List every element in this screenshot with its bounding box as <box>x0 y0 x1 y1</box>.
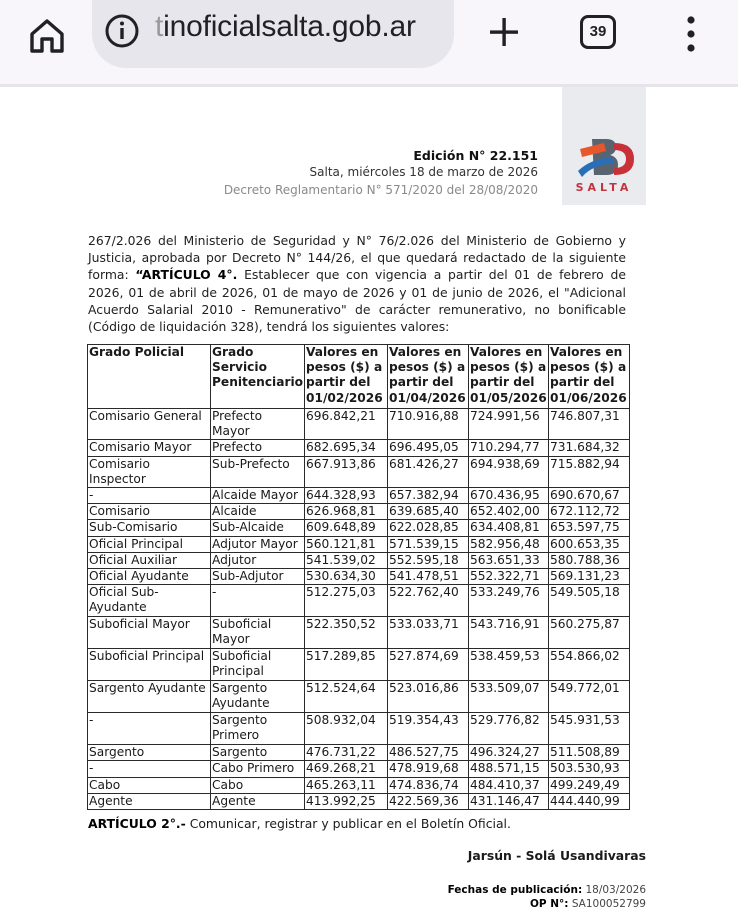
pub-value: 18/03/2026 <box>582 884 646 896</box>
table-row: Oficial PrincipalAdjutor Mayor560.121,81… <box>88 536 630 552</box>
cell-valor-may: 710.294,77 <box>469 440 549 456</box>
tab-count: 39 <box>590 23 607 40</box>
table-row: -Cabo Primero469.268,21478.919,68488.571… <box>88 761 630 777</box>
pub-label: Fechas de publicación: <box>448 884 583 896</box>
article-2-label: ARTÍCULO 2°.- <box>88 816 186 831</box>
cell-grado-penitenciario: Sargento <box>211 745 305 761</box>
cell-valor-jun: 511.508,89 <box>549 745 630 761</box>
cell-valor-abr: 657.382,94 <box>388 488 469 504</box>
table-row: AgenteAgente413.992,25422.569,36431.146,… <box>88 793 630 809</box>
cell-valor-may: 652.402,00 <box>469 504 549 520</box>
url-text[interactable]: tinoficialsalta.gob.ar <box>155 10 416 44</box>
cell-grado-penitenciario: Agente <box>211 793 305 809</box>
cell-valor-may: 582.956,48 <box>469 536 549 552</box>
cell-grado-penitenciario: Sub-Prefecto <box>211 456 305 487</box>
cell-grado-penitenciario: Cabo Primero <box>211 761 305 777</box>
cell-grado-policial: Oficial Principal <box>88 536 211 552</box>
cell-grado-policial: Oficial Auxiliar <box>88 552 211 568</box>
cell-grado-policial: Sub-Comisario <box>88 520 211 536</box>
cell-valor-jun: 690.670,67 <box>549 488 630 504</box>
cell-valor-feb: 476.731,22 <box>305 745 388 761</box>
cell-valor-abr: 622.028,85 <box>388 520 469 536</box>
cell-valor-jun: 545.931,53 <box>549 713 630 745</box>
cell-valor-jun: 580.788,36 <box>549 552 630 568</box>
cell-valor-jun: 549.772,01 <box>549 681 630 713</box>
cell-grado-policial: Sargento Ayudante <box>88 681 211 713</box>
article-2-text: Comunicar, registrar y publicar en el Bo… <box>186 816 511 831</box>
cell-valor-abr: 552.595,18 <box>388 552 469 568</box>
boletin-logo: SALTA <box>562 87 646 205</box>
cell-valor-feb: 413.992,25 <box>305 793 388 809</box>
cell-valor-jun: 715.882,94 <box>549 456 630 487</box>
salary-table: Grado Policial Grado Servicio Penitencia… <box>87 344 630 810</box>
cell-grado-policial: - <box>88 713 211 745</box>
cell-grado-policial: Suboficial Mayor <box>88 617 211 649</box>
cell-grado-policial: Comisario Inspector <box>88 456 211 487</box>
decree-reference: Decreto Reglamentario N° 571/2020 del 28… <box>224 183 538 197</box>
url-prefix: t <box>155 10 163 43</box>
cell-valor-feb: 682.695,34 <box>305 440 388 456</box>
browser-toolbar: tinoficialsalta.gob.ar 39 <box>0 0 738 86</box>
cell-grado-penitenciario: Suboficial Principal <box>211 649 305 681</box>
cell-grado-policial: Agente <box>88 793 211 809</box>
cell-valor-may: 529.776,82 <box>469 713 549 745</box>
home-button[interactable] <box>22 14 72 54</box>
cell-valor-feb: 530.634,30 <box>305 569 388 585</box>
cell-valor-jun: 746.807,31 <box>549 409 630 440</box>
cell-valor-jun: 731.684,32 <box>549 440 630 456</box>
cell-grado-penitenciario: - <box>211 585 305 617</box>
cell-valor-abr: 519.354,43 <box>388 713 469 745</box>
table-row: SargentoSargento476.731,22486.527,75496.… <box>88 745 630 761</box>
cell-valor-feb: 517.289,85 <box>305 649 388 681</box>
cell-valor-may: 670.436,95 <box>469 488 549 504</box>
cell-valor-jun: 600.653,35 <box>549 536 630 552</box>
cell-valor-jun: 672.112,72 <box>549 504 630 520</box>
cell-valor-jun: 560.275,87 <box>549 617 630 649</box>
op-number: OP N°: SA100052799 <box>530 898 646 910</box>
cell-valor-jun: 554.866,02 <box>549 649 630 681</box>
cell-valor-feb: 560.121,81 <box>305 536 388 552</box>
cell-valor-abr: 527.874,69 <box>388 649 469 681</box>
cell-valor-abr: 639.685,40 <box>388 504 469 520</box>
cell-valor-abr: 541.478,51 <box>388 569 469 585</box>
cell-valor-feb: 469.268,21 <box>305 761 388 777</box>
cell-grado-penitenciario: Sargento Primero <box>211 713 305 745</box>
cell-valor-may: 694.938,69 <box>469 456 549 487</box>
plus-icon <box>484 12 524 52</box>
cell-valor-abr: 478.919,68 <box>388 761 469 777</box>
header-valor-feb: Valores en pesos ($) a partir del 01/02/… <box>305 345 388 409</box>
cell-valor-jun: 569.131,23 <box>549 569 630 585</box>
cell-grado-policial: Comisario General <box>88 409 211 440</box>
cell-valor-may: 538.459,53 <box>469 649 549 681</box>
cell-valor-may: 634.408,81 <box>469 520 549 536</box>
bo-logo-icon <box>570 135 638 177</box>
cell-valor-may: 543.716,91 <box>469 617 549 649</box>
cell-valor-feb: 512.524,64 <box>305 681 388 713</box>
table-row: -Alcaide Mayor644.328,93657.382,94670.43… <box>88 488 630 504</box>
cell-valor-feb: 667.913,86 <box>305 456 388 487</box>
cell-valor-abr: 571.539,15 <box>388 536 469 552</box>
cell-grado-penitenciario: Adjutor <box>211 552 305 568</box>
cell-grado-penitenciario: Alcaide <box>211 504 305 520</box>
table-row: Suboficial PrincipalSuboficial Principal… <box>88 649 630 681</box>
cell-grado-penitenciario: Adjutor Mayor <box>211 536 305 552</box>
cell-grado-policial: Comisario <box>88 504 211 520</box>
cell-valor-abr: 533.033,71 <box>388 617 469 649</box>
logo-text: SALTA <box>562 181 646 194</box>
info-icon <box>104 13 140 49</box>
cell-valor-may: 496.324,27 <box>469 745 549 761</box>
cell-grado-policial: Comisario Mayor <box>88 440 211 456</box>
cell-valor-abr: 681.426,27 <box>388 456 469 487</box>
cell-valor-feb: 609.648,89 <box>305 520 388 536</box>
cell-valor-abr: 422.569,36 <box>388 793 469 809</box>
table-row: Sub-ComisarioSub-Alcaide609.648,89622.02… <box>88 520 630 536</box>
cell-valor-feb: 696.842,21 <box>305 409 388 440</box>
cell-valor-feb: 512.275,03 <box>305 585 388 617</box>
header-valor-abr: Valores en pesos ($) a partir del 01/04/… <box>388 345 469 409</box>
article-paragraph: 267/2.026 del Ministerio de Seguridad y … <box>88 232 626 335</box>
site-info-button[interactable] <box>104 13 140 49</box>
cell-valor-jun: 499.249,49 <box>549 777 630 793</box>
cell-grado-policial: Oficial Ayudante <box>88 569 211 585</box>
home-icon <box>22 14 72 54</box>
cell-valor-feb: 644.328,93 <box>305 488 388 504</box>
cell-valor-jun: 444.440,99 <box>549 793 630 809</box>
table-row: Oficial AuxiliarAdjutor541.539,02552.595… <box>88 552 630 568</box>
article-4-label: “ARTÍCULO 4°. <box>135 267 237 282</box>
cell-valor-jun: 549.505,18 <box>549 585 630 617</box>
edition-number: Edición N° 22.151 <box>413 148 538 163</box>
cell-grado-penitenciario: Sub-Alcaide <box>211 520 305 536</box>
cell-valor-feb: 541.539,02 <box>305 552 388 568</box>
cell-valor-abr: 522.762,40 <box>388 585 469 617</box>
table-row: -Sargento Primero508.932,04519.354,43529… <box>88 713 630 745</box>
cell-grado-policial: Sargento <box>88 745 211 761</box>
cell-grado-policial: - <box>88 488 211 504</box>
cell-valor-may: 488.571,15 <box>469 761 549 777</box>
op-label: OP N°: <box>530 898 569 910</box>
op-value: SA100052799 <box>568 898 646 910</box>
cell-grado-policial: Suboficial Principal <box>88 649 211 681</box>
cell-grado-penitenciario: Alcaide Mayor <box>211 488 305 504</box>
cell-grado-penitenciario: Prefecto Mayor <box>211 409 305 440</box>
cell-valor-feb: 522.350,52 <box>305 617 388 649</box>
more-vert-icon <box>676 14 706 54</box>
cell-grado-penitenciario: Suboficial Mayor <box>211 617 305 649</box>
cell-grado-policial: - <box>88 761 211 777</box>
table-row: ComisarioAlcaide626.968,81639.685,40652.… <box>88 504 630 520</box>
table-row: Suboficial MayorSuboficial Mayor522.350,… <box>88 617 630 649</box>
tab-switcher-button[interactable]: 39 <box>580 15 616 49</box>
cell-valor-may: 533.249,76 <box>469 585 549 617</box>
table-row: Comisario InspectorSub-Prefecto667.913,8… <box>88 456 630 487</box>
cell-valor-may: 533.509,07 <box>469 681 549 713</box>
cell-valor-abr: 696.495,05 <box>388 440 469 456</box>
cell-valor-abr: 523.016,86 <box>388 681 469 713</box>
cell-valor-feb: 508.932,04 <box>305 713 388 745</box>
cell-valor-may: 484.410,37 <box>469 777 549 793</box>
cell-valor-jun: 503.530,93 <box>549 761 630 777</box>
cell-grado-penitenciario: Prefecto <box>211 440 305 456</box>
header-valor-jun: Valores en pesos ($) a partir del 01/06/… <box>549 345 630 409</box>
table-body: Comisario GeneralPrefecto Mayor696.842,2… <box>88 409 630 810</box>
cell-valor-abr: 486.527,75 <box>388 745 469 761</box>
cell-grado-penitenciario: Sub-Adjutor <box>211 569 305 585</box>
signatures: Jarsún - Solá Usandivaras <box>468 848 646 863</box>
cell-valor-feb: 465.263,11 <box>305 777 388 793</box>
table-row: Sargento AyudanteSargento Ayudante512.52… <box>88 681 630 713</box>
cell-valor-abr: 474.836,74 <box>388 777 469 793</box>
cell-grado-penitenciario: Sargento Ayudante <box>211 681 305 713</box>
article-2: ARTÍCULO 2°.- Comunicar, registrar y pub… <box>88 816 511 831</box>
cell-valor-may: 431.146,47 <box>469 793 549 809</box>
header-grado-policial: Grado Policial <box>88 345 211 409</box>
cell-valor-jun: 653.597,75 <box>549 520 630 536</box>
cell-grado-penitenciario: Cabo <box>211 777 305 793</box>
new-tab-button[interactable] <box>484 12 524 52</box>
table-row: Oficial Sub-Ayudante-512.275,03522.762,4… <box>88 585 630 617</box>
table-header-row: Grado Policial Grado Servicio Penitencia… <box>88 345 630 409</box>
table-row: Oficial AyudanteSub-Adjutor530.634,30541… <box>88 569 630 585</box>
header-valor-may: Valores en pesos ($) a partir del 01/05/… <box>469 345 549 409</box>
cell-valor-abr: 710.916,88 <box>388 409 469 440</box>
cell-valor-may: 724.991,56 <box>469 409 549 440</box>
cell-valor-may: 552.322,71 <box>469 569 549 585</box>
table-row: CaboCabo465.263,11474.836,74484.410,3749… <box>88 777 630 793</box>
table-row: Comisario MayorPrefecto682.695,34696.495… <box>88 440 630 456</box>
table-row: Comisario GeneralPrefecto Mayor696.842,2… <box>88 409 630 440</box>
cell-grado-policial: Cabo <box>88 777 211 793</box>
url-domain: inoficialsalta.gob.ar <box>163 10 416 43</box>
cell-valor-feb: 626.968,81 <box>305 504 388 520</box>
publication-date: Salta, miércoles 18 de marzo de 2026 <box>310 165 538 179</box>
publication-dates: Fechas de publicación: 18/03/2026 <box>448 884 646 896</box>
cell-valor-may: 563.651,33 <box>469 552 549 568</box>
more-menu-button[interactable] <box>676 14 706 54</box>
cell-grado-policial: Oficial Sub-Ayudante <box>88 585 211 617</box>
header-grado-penitenciario: Grado Servicio Penitenciario <box>211 345 305 409</box>
